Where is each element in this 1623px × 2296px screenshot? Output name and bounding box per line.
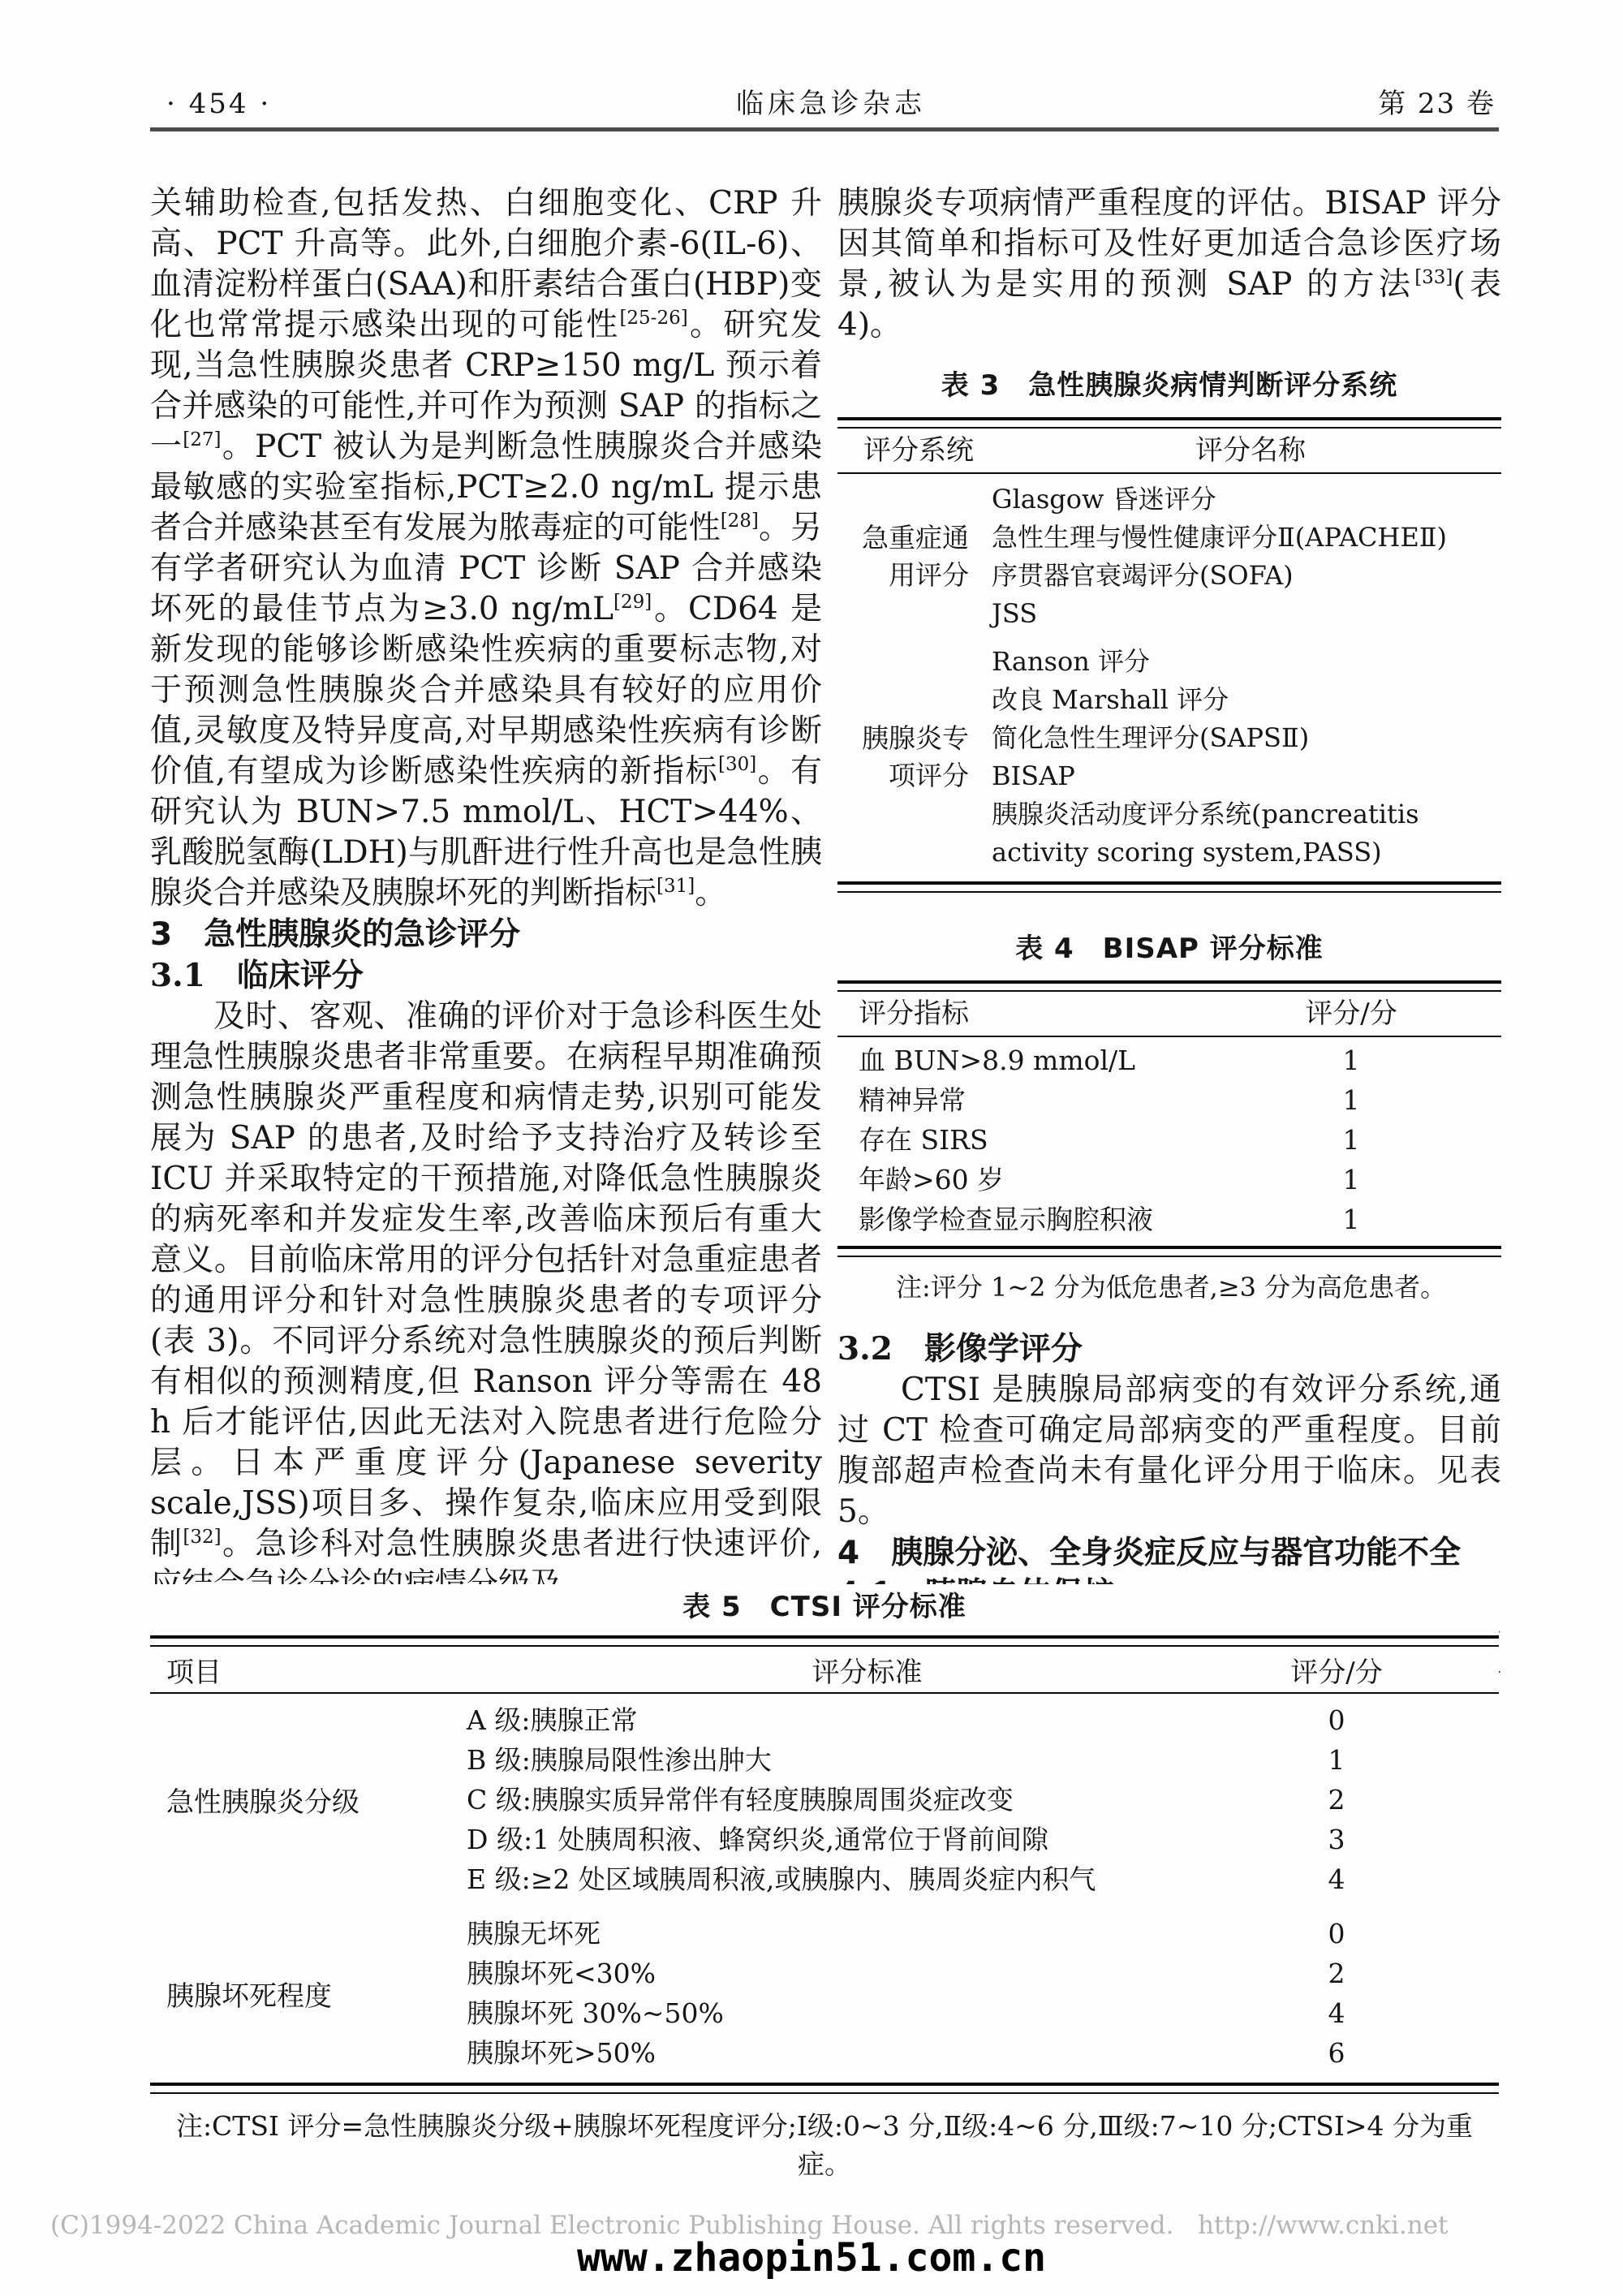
table-cell-score: 0 xyxy=(1268,1914,1406,1954)
table-3-item: 改良 Marshall 评分 xyxy=(992,681,1501,719)
reference-superscript: [30] xyxy=(718,754,756,775)
table-row: 精神异常1 xyxy=(837,1080,1501,1120)
table-5-row-list: A 级:胰腺正常0B 级:胰腺局限性渗出肿大1C 级:胰腺实质异常伴有轻度胰腺周… xyxy=(467,1700,1499,1899)
table-cell-score: 2 xyxy=(1268,1780,1406,1820)
table-cell-score: 4 xyxy=(1268,1859,1406,1899)
table-4-col-header-indicator: 评分指标 xyxy=(837,993,1282,1034)
page-header: · 454 · 临床急诊杂志 第 23 卷 xyxy=(150,81,1499,121)
table-cell-score: 1 xyxy=(1282,1080,1420,1120)
reference-superscript: [33] xyxy=(1414,267,1453,288)
table-cell-score: 1 xyxy=(1282,1120,1420,1160)
table-3-group-label: 急重症通用评分 xyxy=(859,519,969,594)
volume-label: 第 23 卷 xyxy=(1236,81,1499,121)
table-3: 表 3 急性胰腺炎病情判断评分系统 评分系统 评分名称 急重症通用评分Glasg… xyxy=(837,365,1501,893)
table-5-title: 表 5 CTSI 评分标准 xyxy=(150,1584,1499,1624)
table-3-col-header-system: 评分系统 xyxy=(837,430,1000,471)
reference-superscript: [32] xyxy=(183,1527,221,1548)
table-cell-indicator: 年龄>60 岁 xyxy=(837,1160,1282,1200)
table-cell-criteria: 胰腺坏死 30%~50% xyxy=(467,1993,1268,2033)
table-cell-indicator: 存在 SIRS xyxy=(837,1120,1282,1160)
table-cell-criteria: 胰腺坏死>50% xyxy=(467,2033,1268,2073)
table-3-item: Glasgow 昏迷评分 xyxy=(992,480,1501,519)
section-heading-3-2: 3.2 影像学评分 xyxy=(837,1329,1501,1370)
table-4-header-row: 评分指标 评分/分 xyxy=(837,992,1501,1036)
table-5: 表 5 CTSI 评分标准 项目 评分标准 评分/分 急性胰腺炎分级A 级:胰腺… xyxy=(150,1584,1499,2182)
page-number: · 454 · xyxy=(150,88,426,120)
section-heading-4: 4 胰腺分泌、全身炎症反应与器官功能不全 xyxy=(837,1532,1501,1574)
table-3-title: 表 3 急性胰腺炎病情判断评分系统 xyxy=(837,365,1501,406)
table-cell-indicator: 血 BUN>8.9 mmol/L xyxy=(837,1040,1282,1080)
section-heading-3-1: 3.1 临床评分 xyxy=(150,955,822,997)
table-4-body: 血 BUN>8.9 mmol/L1精神异常1存在 SIRS1年龄>60 岁1影像… xyxy=(837,1037,1501,1246)
table-row: 存在 SIRS1 xyxy=(837,1120,1501,1160)
table-cell-score: 1 xyxy=(1282,1040,1420,1080)
table-cell-criteria: D 级:1 处胰周积液、蜂窝织炎,通常位于肾前间隙 xyxy=(467,1820,1268,1859)
table-cell-criteria: 胰腺无坏死 xyxy=(467,1914,1268,1954)
table-cell-score: 3 xyxy=(1268,1820,1406,1859)
table-cell-criteria: C 级:胰腺实质异常伴有轻度胰腺周围炎症改变 xyxy=(467,1780,1268,1820)
journal-page: · 454 · 临床急诊杂志 第 23 卷 关辅助检查,包括发热、白细胞变化、C… xyxy=(0,0,1623,2296)
table-5-note: 注:CTSI 评分=急性胰腺炎分级+胰腺坏死程度评分;Ⅰ级:0~3 分,Ⅱ级:4… xyxy=(150,2105,1499,2182)
table-3-item: 胰腺炎活动度评分系统(pancreatitis activity scoring… xyxy=(992,795,1501,872)
table-4: 表 4 BISAP 评分标准 评分指标 评分/分 血 BUN>8.9 mmol/… xyxy=(837,928,1501,1307)
table-cell-score: 2 xyxy=(1268,1954,1406,1993)
body-paragraph: 及时、客观、准确的评价对于急诊科医生处理急性胰腺炎患者非常重要。在病程早期准确预… xyxy=(150,997,822,1605)
table-3-item-list: Glasgow 昏迷评分急性生理与慢性健康评分Ⅱ(APACHEⅡ)序贯器官衰竭评… xyxy=(992,480,1501,633)
table-rule xyxy=(150,2083,1499,2094)
table-5-body: 急性胰腺炎分级A 级:胰腺正常0B 级:胰腺局限性渗出肿大1C 级:胰腺实质异常… xyxy=(150,1694,1499,2083)
header-rule xyxy=(150,127,1499,131)
table-3-group: 胰腺炎专项评分Ranson 评分改良 Marshall 评分简化急性生理评分(S… xyxy=(837,643,1501,872)
table-4-title: 表 4 BISAP 评分标准 xyxy=(837,928,1501,969)
table-3-item: BISAP xyxy=(992,757,1501,795)
table-cell-indicator: 精神异常 xyxy=(837,1080,1282,1120)
table-row: B 级:胰腺局限性渗出肿大1 xyxy=(467,1740,1499,1780)
table-row: 胰腺无坏死0 xyxy=(467,1914,1499,1954)
table-3-group: 急重症通用评分Glasgow 昏迷评分急性生理与慢性健康评分Ⅱ(APACHEⅡ)… xyxy=(837,480,1501,633)
table-5-group: 胰腺坏死程度胰腺无坏死0胰腺坏死<30%2胰腺坏死 30%~50%4胰腺坏死>5… xyxy=(150,1914,1499,2073)
table-5-header-row: 项目 评分标准 评分/分 xyxy=(150,1647,1499,1692)
table-cell-score: 4 xyxy=(1268,1993,1406,2033)
table-cell-score: 0 xyxy=(1268,1700,1406,1740)
body-paragraph: 关辅助检查,包括发热、白细胞变化、CRP 升高、PCT 升高等。此外,白细胞介素… xyxy=(150,183,822,914)
table-5-group-label: 急性胰腺炎分级 xyxy=(150,1780,467,1820)
reference-superscript: [29] xyxy=(613,592,652,613)
table-4-col-header-score: 评分/分 xyxy=(1282,993,1420,1034)
table-3-item: 简化急性生理评分(SAPSⅡ) xyxy=(992,719,1501,757)
table-rule xyxy=(837,980,1501,992)
table-5-group: 急性胰腺炎分级A 级:胰腺正常0B 级:胰腺局限性渗出肿大1C 级:胰腺实质异常… xyxy=(150,1700,1499,1899)
table-3-item: Ranson 评分 xyxy=(992,643,1501,681)
table-row: 年龄>60 岁1 xyxy=(837,1160,1501,1200)
table-row: 血 BUN>8.9 mmol/L1 xyxy=(837,1040,1501,1080)
table-row: D 级:1 处胰周积液、蜂窝织炎,通常位于肾前间隙3 xyxy=(467,1820,1499,1859)
table-rule xyxy=(837,417,1501,429)
right-column: 胰腺炎专项病情严重程度的评估。BISAP 评分因其简单和指标可及性好更加适合急诊… xyxy=(837,183,1501,1737)
body-paragraph: CTSI 是胰腺局部病变的有效评分系统,通过 CT 检查可确定局部病变的严重程度… xyxy=(837,1370,1501,1532)
table-3-item-list: Ranson 评分改良 Marshall 评分简化急性生理评分(SAPSⅡ)BI… xyxy=(992,643,1501,872)
table-3-item: JSS xyxy=(992,595,1501,633)
reference-superscript: [27] xyxy=(183,429,221,450)
table-rule xyxy=(837,881,1501,893)
table-row: 胰腺坏死 30%~50%4 xyxy=(467,1993,1499,2033)
table-cell-criteria: 胰腺坏死<30% xyxy=(467,1954,1268,1993)
left-column: 关辅助检查,包括发热、白细胞变化、CRP 升高、PCT 升高等。此外,白细胞介素… xyxy=(150,183,822,1605)
reference-superscript: [28] xyxy=(721,510,759,532)
table-5-col-header-item: 项目 xyxy=(150,1650,467,1690)
journal-title: 临床急诊杂志 xyxy=(426,81,1236,121)
body-paragraph: 胰腺炎专项病情严重程度的评估。BISAP 评分因其简单和指标可及性好更加适合急诊… xyxy=(837,183,1501,346)
table-3-body: 急重症通用评分Glasgow 昏迷评分急性生理与慢性健康评分Ⅱ(APACHEⅡ)… xyxy=(837,474,1501,881)
table-cell-criteria: E 级:≥2 处区域胰周积液,或胰腺内、胰周炎症内积气 xyxy=(467,1859,1268,1899)
table-5-col-header-criteria: 评分标准 xyxy=(467,1650,1268,1690)
table-cell-score: 6 xyxy=(1268,2033,1406,2073)
table-cell-score: 1 xyxy=(1282,1200,1420,1239)
table-4-note: 注:评分 1~2 分为低危患者,≥3 分为高危患者。 xyxy=(837,1267,1501,1307)
reference-superscript: [31] xyxy=(657,876,695,897)
table-3-item: 序贯器官衰竭评分(SOFA) xyxy=(992,557,1501,595)
table-cell-indicator: 影像学检查显示胸腔积液 xyxy=(837,1200,1282,1239)
table-row: 胰腺坏死<30%2 xyxy=(467,1954,1499,1993)
table-cell-score: 1 xyxy=(1268,1740,1406,1780)
table-5-group-label: 胰腺坏死程度 xyxy=(150,1974,467,2014)
table-3-group-label: 胰腺炎专项评分 xyxy=(859,720,969,795)
table-3-header-row: 评分系统 评分名称 xyxy=(837,429,1501,472)
table-3-item: 急性生理与慢性健康评分Ⅱ(APACHEⅡ) xyxy=(992,519,1501,557)
table-row: A 级:胰腺正常0 xyxy=(467,1700,1499,1740)
table-3-col-header-name: 评分名称 xyxy=(1000,430,1501,471)
table-row: E 级:≥2 处区域胰周积液,或胰腺内、胰周炎症内积气4 xyxy=(467,1859,1499,1899)
table-5-row-list: 胰腺无坏死0胰腺坏死<30%2胰腺坏死 30%~50%4胰腺坏死>50%6 xyxy=(467,1914,1499,2073)
watermark: www.zhaopin51.com.cn xyxy=(0,2235,1623,2281)
table-cell-criteria: B 级:胰腺局限性渗出肿大 xyxy=(467,1740,1268,1780)
section-heading-3: 3 急性胰腺炎的急诊评分 xyxy=(150,914,822,955)
table-rule xyxy=(837,1246,1501,1257)
table-rule xyxy=(150,1635,1499,1647)
table-row: 胰腺坏死>50%6 xyxy=(467,2033,1499,2073)
table-5-col-header-score: 评分/分 xyxy=(1268,1650,1406,1690)
table-cell-criteria: A 级:胰腺正常 xyxy=(467,1700,1268,1740)
table-row: C 级:胰腺实质异常伴有轻度胰腺周围炎症改变2 xyxy=(467,1780,1499,1820)
reference-superscript: [25-26] xyxy=(619,308,687,329)
table-row: 影像学检查显示胸腔积液1 xyxy=(837,1200,1501,1239)
table-cell-score: 1 xyxy=(1282,1160,1420,1200)
